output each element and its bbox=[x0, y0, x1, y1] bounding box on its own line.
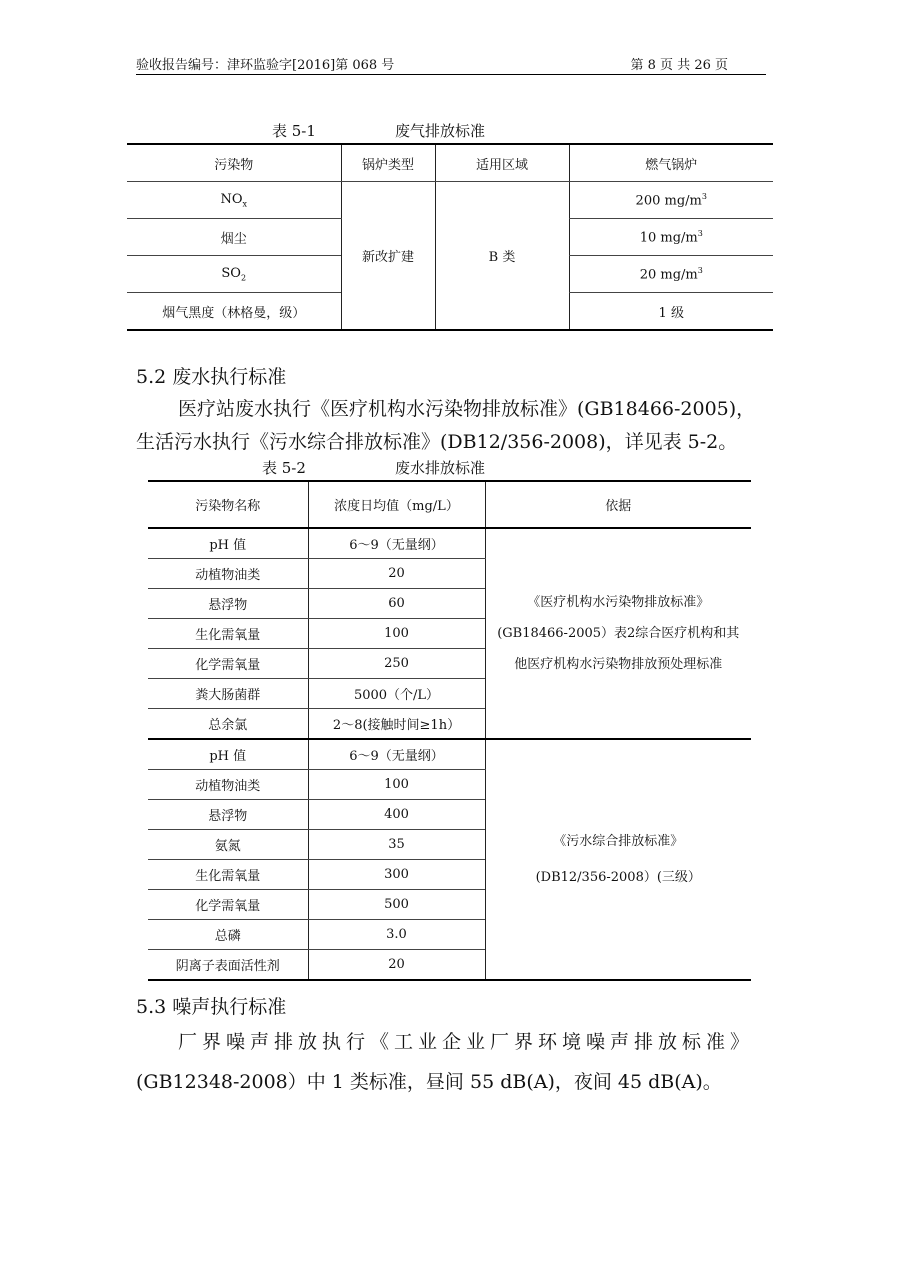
basis-cell: 《医疗机构水污染物排放标准》(GB18466-2005）表2综合医疗机构和其他医… bbox=[485, 528, 751, 739]
pollutant-name: 动植物油类 bbox=[148, 770, 308, 800]
pollutant-name: 阴离子表面活性剂 bbox=[148, 950, 308, 981]
section-heading-5-2: 5.2 废水执行标准 bbox=[136, 362, 286, 389]
paragraph-line: 医疗站废水执行《医疗机构水污染物排放标准》(GB18466-2005)， bbox=[178, 393, 755, 426]
concentration-value: 20 bbox=[308, 559, 485, 589]
concentration-value: 250 bbox=[308, 649, 485, 679]
basis-cell: 《污水综合排放标准》 (DB12/356-2008）(三级） bbox=[485, 739, 751, 980]
zone-cell: B 类 bbox=[435, 182, 569, 331]
limit-cell: 1 级 bbox=[569, 293, 773, 331]
page-number: 第 8 页 共 26 页 bbox=[631, 54, 728, 73]
pollutant-name: 悬浮物 bbox=[148, 589, 308, 619]
pollutant-name: 化学需氧量 bbox=[148, 890, 308, 920]
concentration-value: 6～9（无量纲） bbox=[308, 739, 485, 770]
pollutant-name: 化学需氧量 bbox=[148, 649, 308, 679]
column-header: 依据 bbox=[485, 481, 751, 528]
column-header: 燃气锅炉 bbox=[569, 144, 773, 182]
pollutant-name: pH 值 bbox=[148, 528, 308, 559]
pollutant-name: 氨氮 bbox=[148, 830, 308, 860]
concentration-value: 100 bbox=[308, 619, 485, 649]
exhaust-standard-table: 污染物 锅炉类型 适用区域 燃气锅炉 NOx 新改扩建 B 类 200 mg/m… bbox=[127, 143, 773, 331]
column-header: 适用区域 bbox=[435, 144, 569, 182]
concentration-value: 400 bbox=[308, 800, 485, 830]
paragraph-line: 厂界噪声排放执行《工业企业厂界环境噪声排放标准》 bbox=[178, 1026, 754, 1059]
pollutant-name: pH 值 bbox=[148, 739, 308, 770]
table2-caption-number: 表 5-2 bbox=[262, 457, 306, 478]
boiler-type-cell: 新改扩建 bbox=[341, 182, 435, 331]
table1-caption-number: 表 5-1 bbox=[272, 120, 316, 141]
table1-caption-title: 废气排放标准 bbox=[395, 120, 485, 141]
table-header-row: 污染物名称 浓度日均值（mg/L） 依据 bbox=[148, 481, 751, 528]
limit-cell: 200 mg/m3 bbox=[569, 182, 773, 219]
table2-caption-title: 废水排放标准 bbox=[395, 457, 485, 478]
concentration-value: 300 bbox=[308, 860, 485, 890]
pollutant-cell: 烟气黑度（林格曼，级） bbox=[127, 293, 341, 331]
concentration-value: 6～9（无量纲） bbox=[308, 528, 485, 559]
column-header: 浓度日均值（mg/L） bbox=[308, 481, 485, 528]
paragraph-line: 生活污水执行《污水综合排放标准》(DB12/356-2008)，详见表 5-2。 bbox=[136, 426, 737, 459]
concentration-value: 2～8(接触时间≥1h） bbox=[308, 709, 485, 740]
column-header: 锅炉类型 bbox=[341, 144, 435, 182]
pollutant-cell: NOx bbox=[127, 182, 341, 219]
concentration-value: 60 bbox=[308, 589, 485, 619]
pollutant-name: 总余氯 bbox=[148, 709, 308, 740]
table-row: NOx 新改扩建 B 类 200 mg/m3 bbox=[127, 182, 773, 219]
pollutant-name: 总磷 bbox=[148, 920, 308, 950]
pollutant-name: 生化需氧量 bbox=[148, 619, 308, 649]
pollutant-name: 粪大肠菌群 bbox=[148, 679, 308, 709]
limit-cell: 10 mg/m3 bbox=[569, 219, 773, 256]
pollutant-cell: SO2 bbox=[127, 256, 341, 293]
section-heading-5-3: 5.3 噪声执行标准 bbox=[136, 992, 286, 1019]
concentration-value: 500 bbox=[308, 890, 485, 920]
concentration-value: 20 bbox=[308, 950, 485, 981]
table-row: pH 值 6～9（无量纲） 《污水综合排放标准》 (DB12/356-2008）… bbox=[148, 739, 751, 770]
pollutant-name: 悬浮物 bbox=[148, 800, 308, 830]
column-header: 污染物 bbox=[127, 144, 341, 182]
paragraph-line: (GB12348-2008）中 1 类标准，昼间 55 dB(A)，夜间 45 … bbox=[136, 1066, 722, 1099]
column-header: 污染物名称 bbox=[148, 481, 308, 528]
concentration-value: 100 bbox=[308, 770, 485, 800]
wastewater-standard-table: 污染物名称 浓度日均值（mg/L） 依据 pH 值 6～9（无量纲） 《医疗机构… bbox=[148, 480, 751, 981]
table-header-row: 污染物 锅炉类型 适用区域 燃气锅炉 bbox=[127, 144, 773, 182]
limit-cell: 20 mg/m3 bbox=[569, 256, 773, 293]
concentration-value: 3.0 bbox=[308, 920, 485, 950]
pollutant-name: 动植物油类 bbox=[148, 559, 308, 589]
concentration-value: 5000（个/L） bbox=[308, 679, 485, 709]
pollutant-cell: 烟尘 bbox=[127, 219, 341, 256]
concentration-value: 35 bbox=[308, 830, 485, 860]
table-row: pH 值 6～9（无量纲） 《医疗机构水污染物排放标准》(GB18466-200… bbox=[148, 528, 751, 559]
page-header: 验收报告编号：津环监验字[2016]第 068 号 第 8 页 共 26 页 bbox=[136, 52, 766, 75]
pollutant-name: 生化需氧量 bbox=[148, 860, 308, 890]
report-number: 验收报告编号：津环监验字[2016]第 068 号 bbox=[136, 54, 394, 73]
